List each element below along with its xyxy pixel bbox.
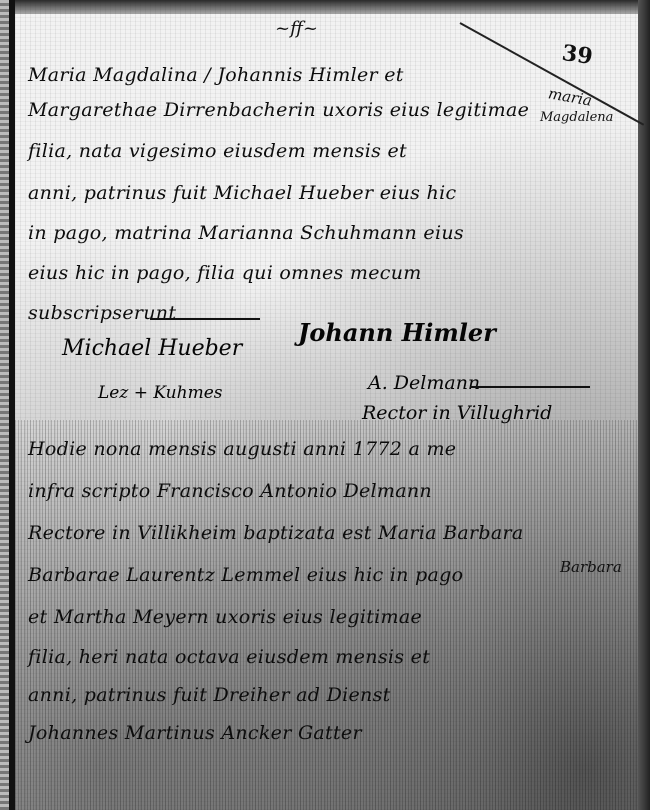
entry1-line-7: subscripserunt <box>28 302 176 324</box>
entry1-line-2: Margarethae Dirrenbacherin uxoris eius l… <box>28 99 529 121</box>
entry1-line-4: anni, patrinus fuit Michael Hueber eius … <box>28 182 456 204</box>
entry2-line-8: Johannes Martinus Ancker Gatter <box>28 722 362 744</box>
entry1-line-5: in pago, matrina Marianna Schuhmann eius <box>28 222 464 244</box>
entry1-line-3: filia, nata vigesimo eiusdem mensis et <box>28 140 407 162</box>
top-flourish-mark: ~ff~ <box>275 18 318 39</box>
signature-lez-kuhmes: Lez + Kuhmes <box>98 383 223 403</box>
entry2-line-1: Hodie nona mensis augusti anni 1772 a me <box>28 438 456 460</box>
entry2-line-4: Barbarae Laurentz Lemmel eius hic in pag… <box>28 564 463 586</box>
signature-michael-hueber: Michael Hueber <box>62 336 242 361</box>
scan-left-edge <box>0 0 9 810</box>
entry1-line-1: Maria Magdalina / Johannis Himler et <box>28 64 404 86</box>
margin-note-magdalena: Magdalena <box>540 110 613 125</box>
signature-delmann: A. Delmann <box>368 372 480 394</box>
page-number: 39 <box>560 40 594 70</box>
manuscript-page: ~ff~ 39 maria Magdalena Barbara Maria Ma… <box>0 0 650 810</box>
signature-flourish <box>470 386 590 388</box>
entry2-line-3: Rectore in Villikheim baptizata est Mari… <box>28 522 523 544</box>
entry2-line-6: filia, heri nata octava eiusdem mensis e… <box>28 646 430 668</box>
line-end-flourish <box>150 318 260 320</box>
margin-note-maria: maria <box>547 84 594 109</box>
entry1-line-6: eius hic in pago, filia qui omnes mecum <box>28 262 422 284</box>
entry2-line-2: infra scripto Francisco Antonio Delmann <box>28 480 432 502</box>
entry2-line-5: et Martha Meyern uxoris eius legitimae <box>28 606 422 628</box>
entry2-line-7: anni, patrinus fuit Dreiher ad Dienst <box>28 684 391 706</box>
margin-note-barbara: Barbara <box>560 558 622 576</box>
signature-rector: Rector in Villughrid <box>362 402 552 424</box>
signature-johann-himler: Johann Himler <box>298 318 496 347</box>
scan-top-border <box>0 0 650 14</box>
